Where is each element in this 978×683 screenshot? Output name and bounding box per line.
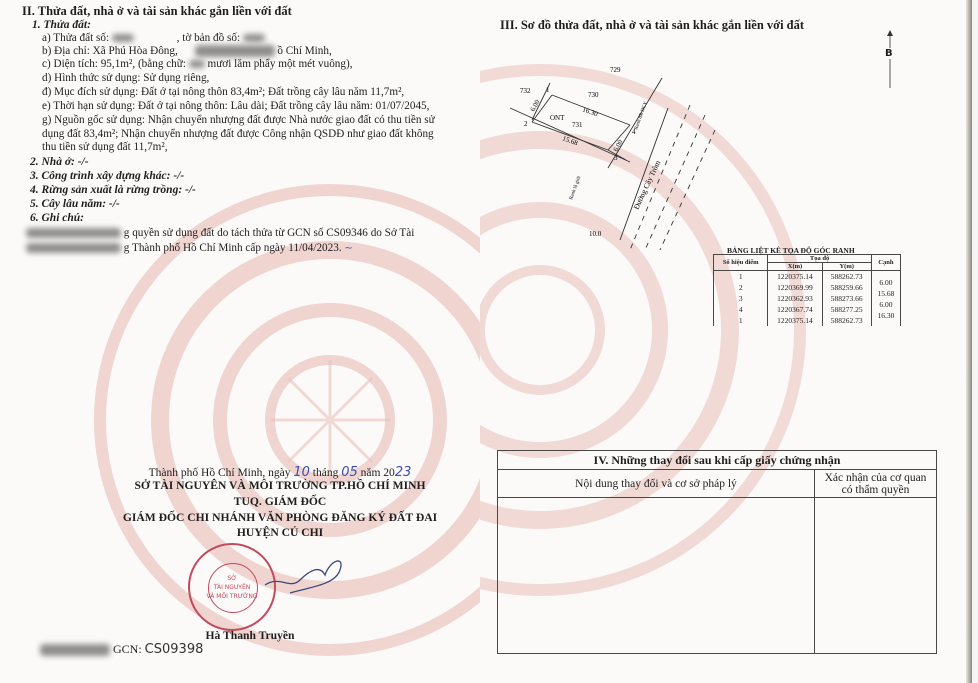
origin-line-1: g) Nguồn gốc sử dụng: Nhận chuyển nhượng… [42, 114, 435, 127]
svg-text:Ranh lộ giới: Ranh lộ giới [569, 175, 582, 201]
origin-line-3: thu tiền sử dụng đất 11,7m², [42, 141, 168, 154]
redacted-notes-2 [26, 243, 121, 253]
svg-text:732: 732 [520, 87, 531, 95]
svg-text:ONT: ONT [550, 114, 565, 122]
changes-col-content: Nội dung thay đổi và cơ sở pháp lý [498, 470, 815, 498]
header-y: Y(m) [822, 263, 871, 271]
origin-line-2: dụng đất 83,4m²; Nhận chuyển nhượng đất … [42, 128, 434, 141]
parcel-heading: 1. Thửa đất: [32, 19, 91, 32]
parcel-number-line: a) Thửa đất số: , tờ bản đồ số: [42, 32, 265, 45]
svg-text:730: 730 [588, 91, 599, 99]
redacted-parcel-number [112, 34, 134, 42]
header-point: Số hiệu điểm [714, 255, 768, 271]
handwritten-day: 10 [293, 465, 310, 480]
perennial-item: 5. Cây lâu năm: -/- [30, 198, 120, 211]
redacted-cert-prefix [40, 644, 110, 656]
svg-text:731: 731 [572, 121, 583, 129]
usage-purpose-line: đ) Mục đích sử dụng: Đất ở tại nông thôn… [42, 86, 404, 99]
coordinate-table: Số hiệu điểm Tọa độ Cạnh X(m) Y(m) 11220… [713, 254, 901, 326]
changes-table: IV. Những thay đổi sau khi cấp giấy chứn… [497, 450, 937, 654]
redacted-map-sheet [243, 34, 265, 42]
redacted-area-words [189, 60, 205, 68]
usage-term-line: e) Thời hạn sử dụng: Đất ở tại nông thôn… [42, 100, 429, 113]
tuq-label: TUQ. GIÁM ĐỐC [110, 495, 450, 508]
section-ii-title: II. Thửa đất, nhà ở và tài sản khác gắn … [22, 4, 292, 19]
area-line: c) Diện tích: 95,1m², (bằng chữ: mươi lă… [42, 58, 353, 71]
redacted-notes-1 [26, 228, 121, 238]
svg-text:6.00: 6.00 [529, 98, 542, 113]
notes-heading: 6. Ghi chú: [30, 212, 84, 225]
department-name: SỞ TÀI NGUYÊN VÀ MÔI TRƯỜNG TP.HỒ CHÍ MI… [110, 479, 450, 492]
signer-name: Hà Thanh Truyền [170, 629, 330, 642]
notes-line-1: g quyền sử dụng đất do tách thửa từ GCN … [26, 227, 414, 240]
svg-text:Ranh đất DCY: Ranh đất DCY [634, 101, 649, 131]
page-edge [966, 0, 972, 683]
initials-signature: ∼ [344, 243, 352, 254]
coordinate-row: 11220375.14588262.736.00 [714, 271, 901, 283]
changes-confirmation-cell [815, 498, 937, 654]
signing-place-date: Thành phố Hồ Chí Minh, ngày 10 tháng 05 … [110, 465, 450, 480]
director-title: GIÁM ĐỐC CHI NHÁNH VĂN PHÒNG ĐĂNG KÝ ĐẤT… [110, 511, 450, 524]
redacted-address [195, 45, 275, 57]
certificate-number: GCN: CS09398 [40, 643, 203, 656]
svg-text:3: 3 [614, 154, 618, 162]
address-line: b) Địa chỉ: Xã Phú Hòa Đông, ồ Chí Minh, [42, 45, 332, 58]
other-construction-item: 3. Công trình xây dựng khác: -/- [30, 170, 184, 183]
changes-col-confirmation: Xác nhận của cơ quan có thẩm quyền [815, 470, 937, 498]
header-coords: Tọa độ [768, 255, 871, 263]
changes-title: IV. Những thay đổi sau khi cấp giấy chứn… [498, 451, 937, 470]
left-page: II. Thửa đất, nhà ở và tài sản khác gắn … [0, 0, 480, 683]
north-arrow: B [886, 30, 894, 95]
handwritten-year: 23 [395, 465, 412, 480]
forest-item: 4. Rừng sản xuất là rừng trồng: -/- [30, 184, 196, 197]
changes-content-cell [498, 498, 815, 654]
svg-text:1: 1 [546, 86, 550, 94]
house-item: 2. Nhà ở: -/- [30, 156, 89, 169]
svg-text:6.00: 6.00 [612, 138, 625, 153]
parcel-diagram: 729 730 732 ONT 731 1 2 3 4 16.30 15.68 … [490, 60, 750, 250]
handwritten-signature [260, 555, 350, 595]
svg-text:16.30: 16.30 [581, 105, 599, 118]
svg-text:729: 729 [610, 66, 621, 74]
notes-line-2: g Thành phố Hồ Chí Minh cấp ngày 11/04/2… [26, 242, 353, 255]
district-name: HUYỆN CỦ CHI [110, 526, 450, 539]
handwritten-month: 05 [341, 465, 358, 480]
section-iii-title: III. Sơ đồ thửa đất, nhà ở và tài sản kh… [500, 18, 804, 33]
svg-text:2: 2 [524, 120, 528, 128]
svg-text:15.68: 15.68 [561, 134, 579, 147]
usage-form-line: d) Hình thức sử dụng: Sử dụng riêng, [42, 72, 209, 85]
header-edge: Cạnh [871, 255, 900, 271]
header-x: X(m) [768, 263, 822, 271]
svg-text:10.0: 10.0 [589, 230, 602, 238]
